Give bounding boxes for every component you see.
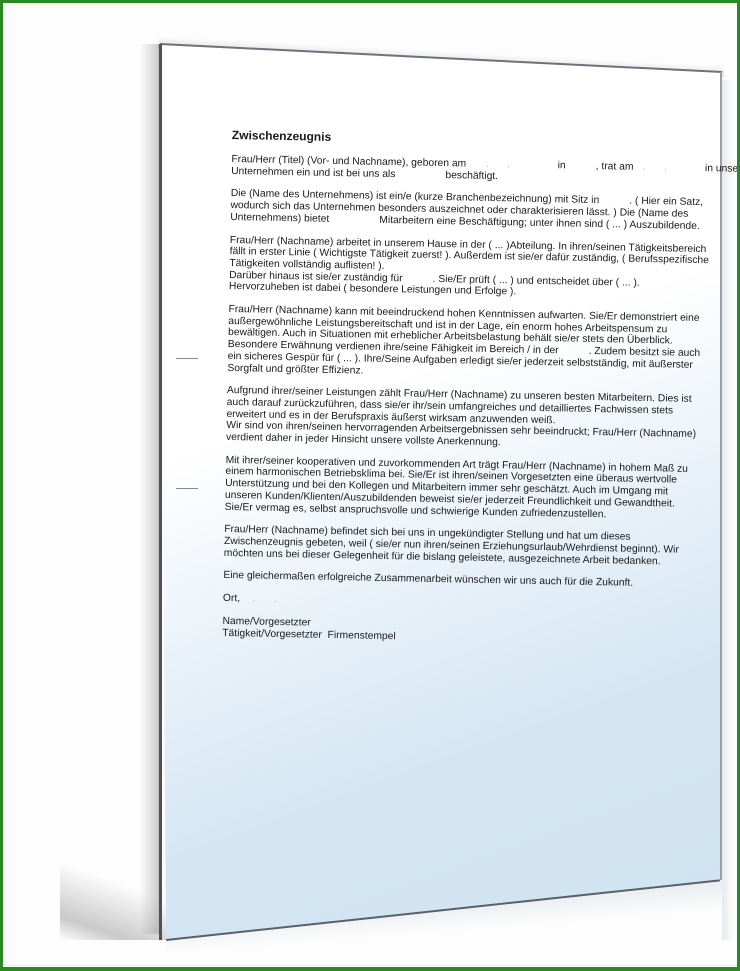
text-line: in unser [705, 163, 740, 175]
page-shadow-right [722, 80, 734, 940]
text-line: , trat am [596, 161, 634, 173]
date-placeholder: . . [253, 594, 285, 605]
paragraph-intro: Frau/Herr (Titel) (Vor- und Nachname), g… [231, 154, 701, 186]
text-line: Unternehmens) bietet [230, 212, 329, 225]
text-line: Eine gleichermaßen erfolgreiche Zusammen… [223, 570, 693, 591]
page-edge-right [720, 72, 722, 880]
place-label: Ort, [223, 593, 240, 604]
signature-role: Tätigkeit/Vorgesetzter [222, 627, 322, 640]
document-body: Zwischenzeugnis Frau/Herr (Titel) (Vor- … [222, 128, 702, 659]
place-date-line: Ort, . . [223, 593, 693, 614]
text-line: . ( Hier ein Satz, [629, 196, 703, 208]
company-stamp-label: Firmenstempel [328, 629, 396, 641]
date-placeholder: . . [486, 159, 518, 170]
paragraph-company: Die (Name des Unternehmens) ist ein/e (k… [230, 188, 701, 232]
paragraph-performance: Aufgrund ihrer/seiner Leistungen zählt F… [226, 385, 697, 453]
frame-inner-line [3, 965, 737, 966]
text-line: Unternehmen ein und ist bei uns als [231, 166, 395, 180]
date-placeholder: . . [643, 162, 675, 173]
signature-block: Name/Vorgesetzter Tätigkeit/Vorgesetzter… [222, 616, 692, 648]
text-line: beschäftigt. [445, 170, 498, 182]
paragraph-duties: Frau/Herr (Nachname) arbeitet in unserem… [229, 234, 700, 302]
page-edge-left [159, 44, 162, 940]
paragraph-closing: Eine gleichermaßen erfolgreiche Zusammen… [223, 570, 693, 591]
paragraph-reason: Frau/Herr (Nachname) befindet sich bei u… [224, 524, 695, 568]
fold-mark-top [176, 358, 198, 359]
page-shadow-corner [60, 860, 170, 940]
paragraph-skills: Frau/Herr (Nachname) kann mit beeindruck… [227, 304, 698, 383]
text-line: in [558, 160, 566, 171]
text-line: . Zudem besitzt sie auch [589, 346, 701, 359]
paragraph-conduct: Mit ihrer/seiner kooperativen und zuvork… [225, 455, 696, 523]
punch-mark [176, 488, 198, 489]
